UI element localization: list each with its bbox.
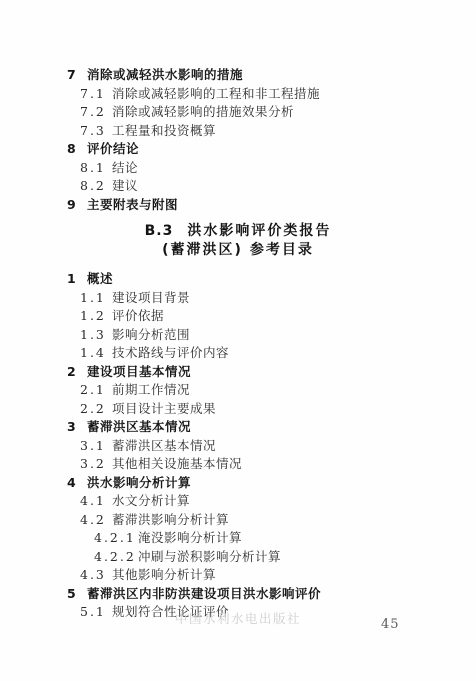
appendix-title-line2: (蓄滞洪区) 参考目录	[0, 241, 476, 260]
toc-item-number: 1.3	[80, 326, 112, 345]
toc-item-title: 冲刷与淤积影响分析计算	[138, 548, 281, 567]
toc-item: 3.2 其他相关设施基本情况	[80, 455, 476, 474]
toc-item-title: 概述	[87, 270, 113, 289]
appendix-title-line1: B.3洪水影响评价类报告	[0, 222, 476, 241]
toc-item: 8 评价结论	[67, 140, 476, 159]
appendix-number: B.3	[145, 223, 174, 239]
toc-item-number: 5	[67, 585, 87, 604]
toc-item-number: 4.2	[80, 511, 112, 530]
toc-item: 7 消除或减轻洪水影响的措施	[67, 66, 476, 85]
toc-item-number: 4.1	[80, 492, 112, 511]
toc-item: 1 概述	[67, 270, 476, 289]
toc-item-number: 7.3	[80, 122, 112, 141]
toc-item: 1.1 建设项目背景	[80, 289, 476, 308]
toc-item-title: 消除或减轻影响的措施效果分析	[112, 103, 294, 122]
toc-item-number: 8	[67, 140, 87, 159]
toc-item-title: 蓄滞洪区基本情况	[112, 437, 216, 456]
toc-item-number: 7.1	[80, 85, 112, 104]
publisher-watermark: 中国水利水电出版社	[0, 611, 476, 627]
appendix-title-text: 洪水影响评价类报告	[187, 223, 331, 239]
toc-section-b3: 1 概述 1.1 建设项目背景 1.2 评价依据 1.3 影响分析范围 1.4 …	[0, 270, 476, 622]
toc-item-number: 3.2	[80, 455, 112, 474]
toc-item-number: 4.2.1	[94, 529, 138, 548]
toc-item-number: 4	[67, 474, 87, 493]
toc-item: 2.1 前期工作情况	[80, 381, 476, 400]
toc-item-number: 7.2	[80, 103, 112, 122]
toc-item-title: 其他相关设施基本情况	[112, 455, 242, 474]
toc-item-title: 水文分析计算	[112, 492, 190, 511]
toc-item: 7.3 工程量和投资概算	[80, 122, 476, 141]
toc-item-number: 1.2	[80, 307, 112, 326]
toc-item: 8.1 结论	[80, 159, 476, 178]
toc-item-title: 蓄滞洪影响分析计算	[112, 511, 229, 530]
document-page: 7 消除或减轻洪水影响的措施 7.1 消除或减轻影响的工程和非工程措施 7.2 …	[0, 0, 476, 681]
toc-item-title: 技术路线与评价内容	[112, 344, 229, 363]
toc-item-title: 消除或减轻洪水影响的措施	[87, 66, 243, 85]
toc-item-title: 建设项目基本情况	[87, 363, 191, 382]
toc-item-number: 3	[67, 418, 87, 437]
toc-item-title: 评价结论	[87, 140, 139, 159]
toc-item-title: 蓄滞洪区基本情况	[87, 418, 191, 437]
toc-item-title: 其他影响分析计算	[112, 566, 216, 585]
toc-section-top: 7 消除或减轻洪水影响的措施 7.1 消除或减轻影响的工程和非工程措施 7.2 …	[0, 0, 476, 214]
toc-item-title: 主要附表与附图	[87, 196, 178, 215]
toc-item: 5 蓄滞洪区内非防洪建设项目洪水影响评价	[67, 585, 476, 604]
toc-item: 2.2 项目设计主要成果	[80, 400, 476, 419]
toc-item: 7.2 消除或减轻影响的措施效果分析	[80, 103, 476, 122]
toc-item-number: 1	[67, 270, 87, 289]
toc-item: 7.1 消除或减轻影响的工程和非工程措施	[80, 85, 476, 104]
toc-item: 3.1 蓄滞洪区基本情况	[80, 437, 476, 456]
toc-item-number: 2	[67, 363, 87, 382]
toc-item-title: 项目设计主要成果	[112, 400, 216, 419]
toc-item-number: 9	[67, 196, 87, 215]
toc-item-number: 4.3	[80, 566, 112, 585]
toc-item-number: 2.2	[80, 400, 112, 419]
page-number: 45	[381, 617, 400, 632]
appendix-title: B.3洪水影响评价类报告 (蓄滞洪区) 参考目录	[0, 222, 476, 260]
toc-item-number: 1.1	[80, 289, 112, 308]
toc-item-number: 7	[67, 66, 87, 85]
toc-item-title: 评价依据	[112, 307, 164, 326]
toc-item: 4.1 水文分析计算	[80, 492, 476, 511]
toc-item-number: 8.2	[80, 177, 112, 196]
toc-item-title: 蓄滞洪区内非防洪建设项目洪水影响评价	[87, 585, 321, 604]
toc-item-title: 建议	[112, 177, 138, 196]
toc-item-number: 1.4	[80, 344, 112, 363]
toc-item: 9 主要附表与附图	[67, 196, 476, 215]
toc-item-number: 4.2.2	[94, 548, 138, 567]
toc-item: 1.3 影响分析范围	[80, 326, 476, 345]
toc-item-number: 8.1	[80, 159, 112, 178]
toc-item-title: 洪水影响分析计算	[87, 474, 191, 493]
toc-item: 4.2.2 冲刷与淤积影响分析计算	[94, 548, 476, 567]
toc-item: 1.4 技术路线与评价内容	[80, 344, 476, 363]
toc-item-title: 消除或减轻影响的工程和非工程措施	[112, 85, 320, 104]
toc-item-title: 淹没影响分析计算	[138, 529, 242, 548]
toc-item: 4.2.1 淹没影响分析计算	[94, 529, 476, 548]
toc-item-title: 工程量和投资概算	[112, 122, 216, 141]
toc-item-title: 结论	[112, 159, 138, 178]
toc-item: 1.2 评价依据	[80, 307, 476, 326]
toc-item: 3 蓄滞洪区基本情况	[67, 418, 476, 437]
toc-item-number: 2.1	[80, 381, 112, 400]
toc-item: 4.3 其他影响分析计算	[80, 566, 476, 585]
toc-item-title: 影响分析范围	[112, 326, 190, 345]
toc-item-title: 前期工作情况	[112, 381, 190, 400]
toc-item-title: 建设项目背景	[112, 289, 190, 308]
toc-item: 2 建设项目基本情况	[67, 363, 476, 382]
toc-item-number: 3.1	[80, 437, 112, 456]
toc-item: 8.2 建议	[80, 177, 476, 196]
toc-item: 4.2 蓄滞洪影响分析计算	[80, 511, 476, 530]
toc-item: 4 洪水影响分析计算	[67, 474, 476, 493]
